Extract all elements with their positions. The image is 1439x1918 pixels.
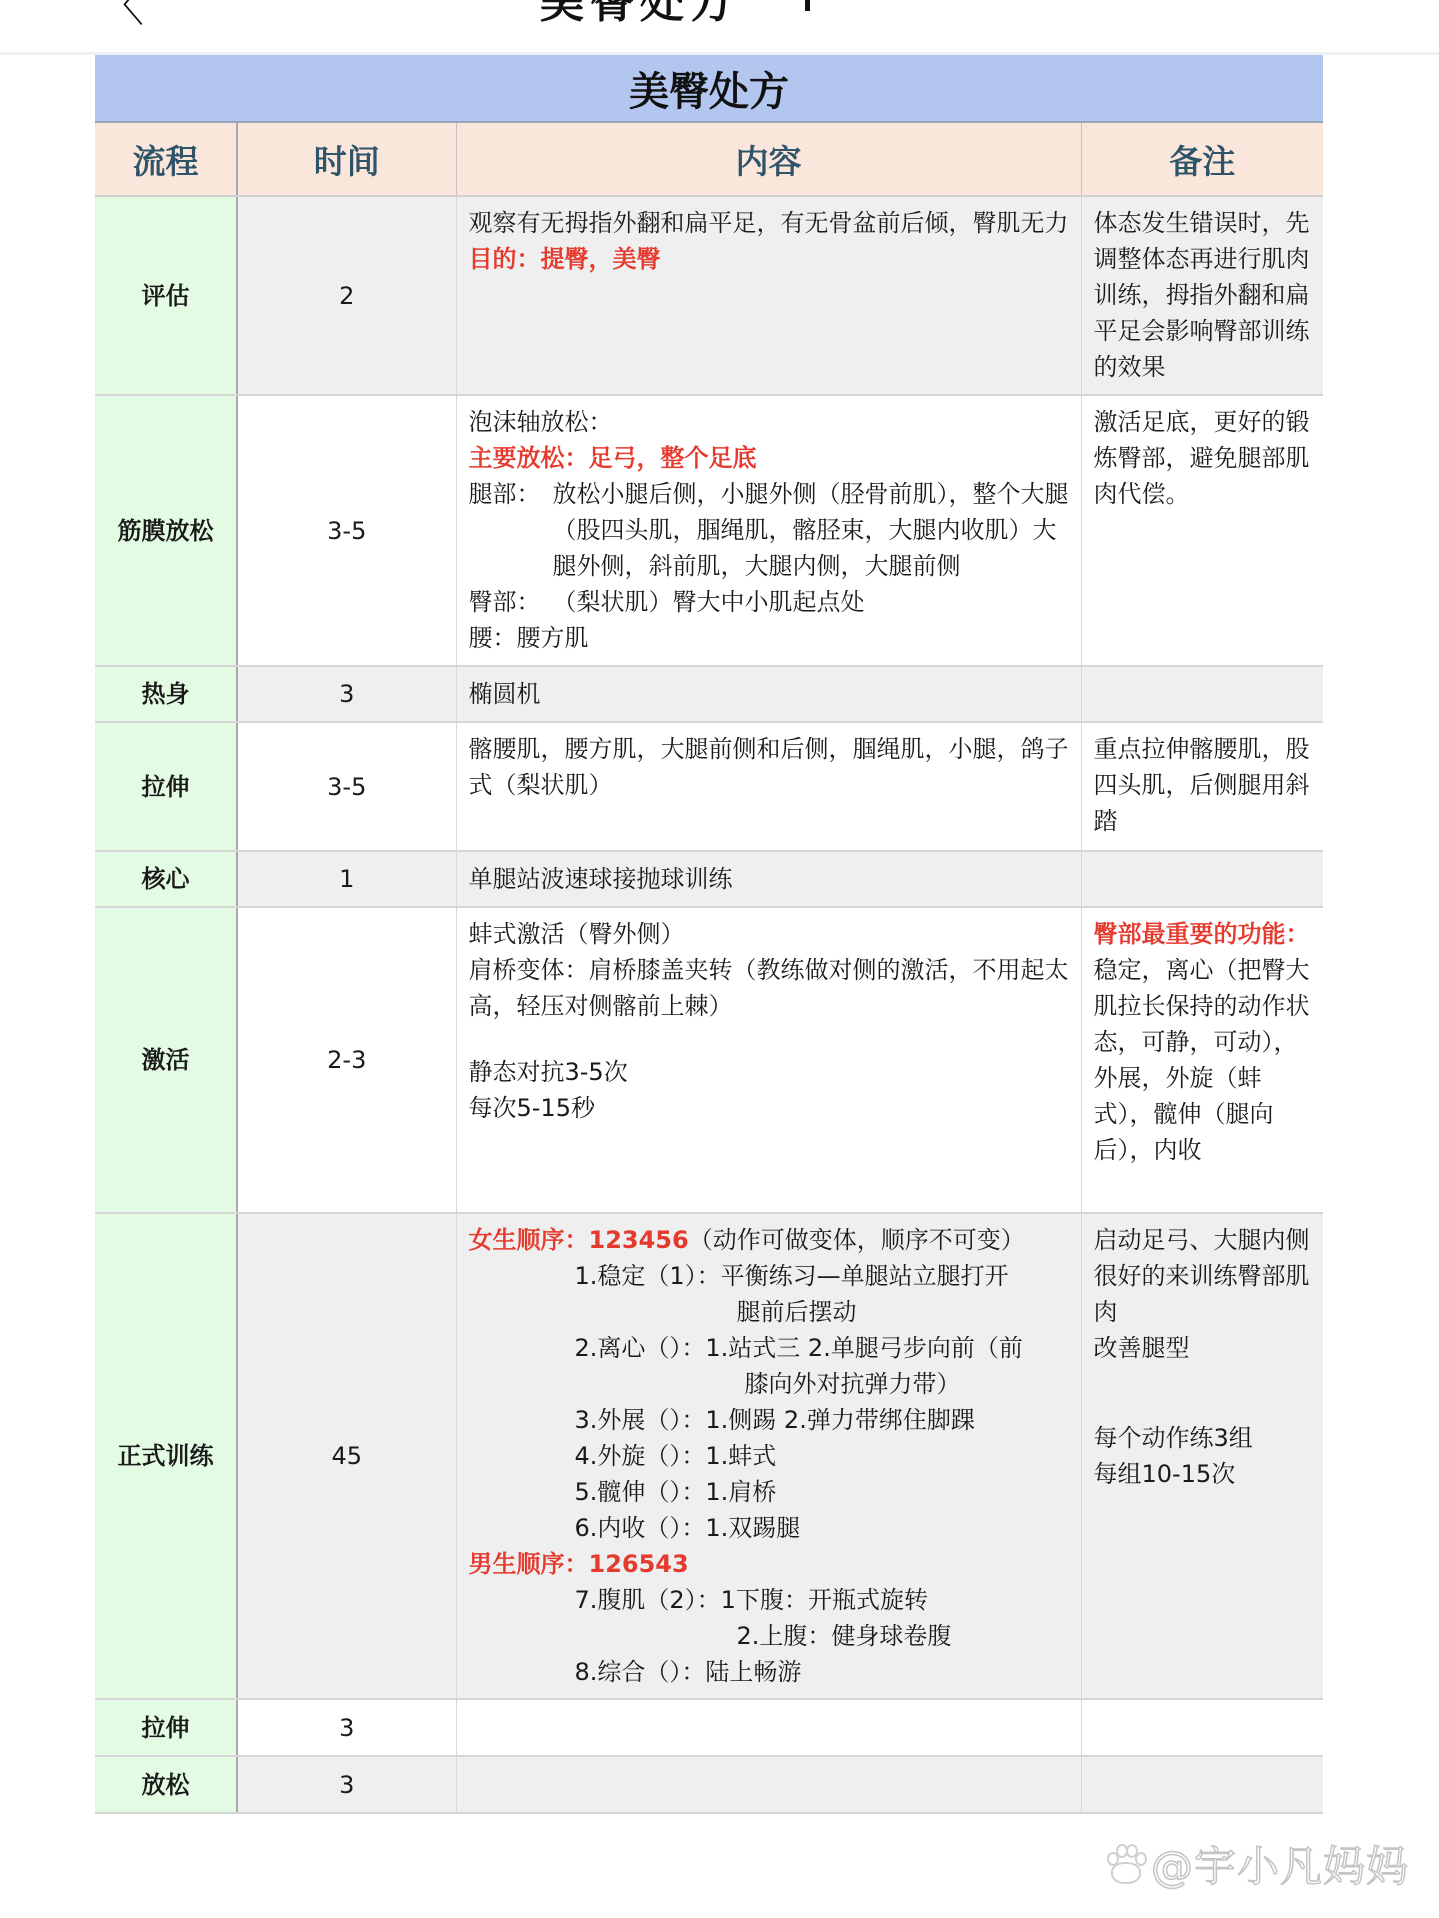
content-cell: 泡沫轴放松： 主要放松：足弓，整个足底 腿部： 放松小腿后侧，小腿外侧（胫骨前肌…: [456, 395, 1081, 666]
exercise-body: 陆上畅游: [705, 1658, 801, 1686]
note-cell: [1081, 851, 1323, 907]
step-cell: 拉伸: [95, 722, 237, 851]
exercise-head: 1.稳定（1）：: [575, 1262, 721, 1290]
watermark-text: @宇小凡妈妈: [1151, 1834, 1409, 1894]
exercise-item: 1.稳定（1）：平衡练习—单腿站立腿打开: [469, 1258, 1069, 1294]
exercise-head: 6.内收（）：: [575, 1514, 706, 1542]
exercise-body: 1.双踢腿: [705, 1514, 800, 1542]
exercise-item: 6.内收（）：1.双踢腿: [469, 1510, 1069, 1546]
waist-item: 腰：腰方肌: [469, 620, 1069, 656]
main-release-text: 主要放松：足弓，整个足底: [469, 440, 1069, 476]
header-step: 流程: [95, 123, 237, 196]
time-cell: 45: [237, 1213, 456, 1699]
note-cell: 重点拉伸髂腰肌，股四头肌，后侧腿用斜踏: [1081, 722, 1323, 851]
exercise-head: 7.腹肌（2）：: [575, 1586, 721, 1614]
exercise-item: 3.外展（）：1.侧踢 2.弹力带绑住脚踝: [469, 1402, 1069, 1438]
legs-label: 腿部：: [469, 476, 553, 584]
table-row-relax: 放松 3: [95, 1756, 1323, 1813]
exercise-body: 1下腹：开瓶式旋转: [721, 1586, 928, 1614]
note-line: 每个动作练3组: [1094, 1420, 1312, 1456]
exercise-item: 2.离心（）：1.站式三 2.单腿弓步向前（前: [469, 1330, 1069, 1366]
step-cell: 正式训练: [95, 1213, 237, 1699]
note-cell: 臀部最重要的功能：稳定，离心（把臀大肌拉长保持的动作状态，可静，可动），外展，外…: [1081, 907, 1323, 1213]
table-row-stretch-end: 拉伸 3: [95, 1699, 1323, 1756]
note-line: 很好的来训练臀部肌肉: [1094, 1258, 1312, 1330]
time-cell: 3-5: [237, 722, 456, 851]
note-cell: 体态发生错误时，先调整体态再进行肌肉训练，拇指外翻和扁平足会影响臀部训练的效果: [1081, 196, 1323, 395]
time-cell: 2: [237, 196, 456, 395]
female-order-label: 女生顺序：: [469, 1226, 589, 1254]
time-cell: 3: [237, 1699, 456, 1756]
exercise-item: 7.腹肌（2）：1下腹：开瓶式旋转: [469, 1582, 1069, 1618]
goal-text: 目的：提臀，美臀: [469, 241, 1069, 277]
female-order: 女生顺序：123456（动作可做变体，顺序不可变）: [469, 1222, 1069, 1258]
exercise-body: 1.站式三 2.单腿弓步向前（前: [705, 1334, 1022, 1362]
header-content: 内容: [456, 123, 1081, 196]
note-emphasis: 臀部最重要的功能：: [1094, 920, 1310, 948]
exercise-head: 8.综合（）：: [575, 1658, 706, 1686]
step-cell: 评估: [95, 196, 237, 395]
exercise-head: 4.外旋（）：: [575, 1442, 706, 1470]
header-time: 时间: [237, 123, 456, 196]
note-cell: [1081, 666, 1323, 722]
table-row-assessment: 评估 2 观察有无拇指外翻和扁平足，有无骨盆前后倾，臀肌无力 目的：提臀，美臀 …: [95, 196, 1323, 395]
glute-text: （梨状肌）臀大中小肌起点处: [553, 584, 1069, 620]
exercise-body: 平衡练习—单腿站立腿打开: [721, 1262, 1009, 1290]
waist-label: 腰：: [469, 624, 517, 652]
spacer: [1094, 1366, 1312, 1420]
content-line: 蚌式激活（臀外侧）: [469, 916, 1069, 952]
exercise-head: 3.外展（）：: [575, 1406, 706, 1434]
female-order-note: （动作可做变体，顺序不可变）: [689, 1226, 1025, 1254]
exercise-body: 1.蚌式: [705, 1442, 776, 1470]
exercise-body: 1.侧踢 2.弹力带绑住脚踝: [705, 1406, 974, 1434]
table-row-activation: 激活 2-3 蚌式激活（臀外侧） 肩桥变体：肩桥膝盖夹转（教练做对侧的激活，不用…: [95, 907, 1323, 1213]
male-order: 男生顺序：126543: [469, 1546, 1069, 1582]
content-cell: 观察有无拇指外翻和扁平足，有无骨盆前后倾，臀肌无力 目的：提臀，美臀: [456, 196, 1081, 395]
content-cell: 蚌式激活（臀外侧） 肩桥变体：肩桥膝盖夹转（教练做对侧的激活，不用起太高，轻压对…: [456, 907, 1081, 1213]
note-text: 稳定，离心（把臀大肌拉长保持的动作状态，可静，可动），外展，外旋（蚌式），髋伸（…: [1094, 956, 1310, 1164]
step-cell: 筋膜放松: [95, 395, 237, 666]
exercise-head: 2.离心（）：: [575, 1334, 706, 1362]
table-row-fascia-release: 筋膜放松 3-5 泡沫轴放松： 主要放松：足弓，整个足底 腿部： 放松小腿后侧，…: [95, 395, 1323, 666]
content-cell: 椭圆机: [456, 666, 1081, 722]
top-nav-bar: 〈 美臀处方: [0, 0, 1439, 52]
time-cell: 3-5: [237, 395, 456, 666]
baidu-paw-icon: [1105, 1844, 1145, 1884]
content-cell: 髂腰肌，腰方肌，大腿前侧和后侧，腘绳肌，小腿，鸽子式（梨状肌）: [456, 722, 1081, 851]
content-line: 肩桥变体：肩桥膝盖夹转（教练做对侧的激活，不用起太高，轻压对侧髂前上棘）: [469, 952, 1069, 1024]
nav-title-partial: 美臀处方: [540, 0, 740, 30]
exercise-cont: 2.上腹：健身球卷腹: [469, 1618, 1069, 1654]
content-cell: 女生顺序：123456（动作可做变体，顺序不可变） 1.稳定（1）：平衡练习—单…: [456, 1213, 1081, 1699]
table-row-core: 核心 1 单腿站波速球接抛球训练: [95, 851, 1323, 907]
male-order-label: 男生顺序：: [469, 1550, 589, 1578]
time-cell: 1: [237, 851, 456, 907]
legs-item: 腿部： 放松小腿后侧，小腿外侧（胫骨前肌），整个大腿（股四头肌，腘绳肌，髂胫束，…: [469, 476, 1069, 584]
table-row-stretch: 拉伸 3-5 髂腰肌，腰方肌，大腿前侧和后侧，腘绳肌，小腿，鸽子式（梨状肌） 重…: [95, 722, 1323, 851]
header-row: 流程 时间 内容 备注: [95, 123, 1323, 196]
time-cell: 3: [237, 666, 456, 722]
back-arrow-icon[interactable]: 〈: [100, 0, 144, 34]
table-row-warmup: 热身 3 椭圆机: [95, 666, 1323, 722]
time-cell: 2-3: [237, 907, 456, 1213]
male-order-value: 126543: [589, 1550, 689, 1578]
text-cursor: [805, 0, 810, 11]
spacer: [469, 1024, 1069, 1054]
exercise-item: 5.髋伸（）：1.肩桥: [469, 1474, 1069, 1510]
note-cell: 启动足弓、大腿内侧 很好的来训练臀部肌肉 改善腿型 每个动作练3组 每组10-1…: [1081, 1213, 1323, 1699]
note-line: 每组10-15次: [1094, 1456, 1312, 1492]
content-cell: 单腿站波速球接抛球训练: [456, 851, 1081, 907]
exercise-cont: 腿前后摆动: [469, 1294, 1069, 1330]
prescription-sheet: 美臀处方 流程 时间 内容 备注 评估 2 观察有无拇指外翻和扁平足，有无骨盆前…: [95, 55, 1323, 1814]
note-cell: [1081, 1756, 1323, 1813]
content-cell: [456, 1756, 1081, 1813]
female-order-value: 123456: [589, 1226, 689, 1254]
step-cell: 拉伸: [95, 1699, 237, 1756]
content-text: 观察有无拇指外翻和扁平足，有无骨盆前后倾，臀肌无力: [469, 205, 1069, 241]
exercise-item: 8.综合（）：陆上畅游: [469, 1654, 1069, 1690]
legs-text: 放松小腿后侧，小腿外侧（胫骨前肌），整个大腿（股四头肌，腘绳肌，髂胫束，大腿内收…: [553, 476, 1069, 584]
content-intro: 泡沫轴放松：: [469, 404, 1069, 440]
prescription-table: 流程 时间 内容 备注 评估 2 观察有无拇指外翻和扁平足，有无骨盆前后倾，臀肌…: [95, 123, 1323, 1814]
waist-text: 腰方肌: [517, 624, 589, 652]
exercise-head: 5.髋伸（）：: [575, 1478, 706, 1506]
content-line: 静态对抗3-5次: [469, 1054, 1069, 1090]
glute-item: 臀部： （梨状肌）臀大中小肌起点处: [469, 584, 1069, 620]
note-cell: 激活足底，更好的锻炼臀部，避免腿部肌肉代偿。: [1081, 395, 1323, 666]
header-note: 备注: [1081, 123, 1323, 196]
sheet-title: 美臀处方: [95, 55, 1323, 123]
exercise-cont: 膝向外对抗弹力带）: [469, 1366, 1069, 1402]
content-cell: [456, 1699, 1081, 1756]
content-line: 每次5-15秒: [469, 1090, 1069, 1126]
exercise-body: 1.肩桥: [705, 1478, 776, 1506]
note-line: 启动足弓、大腿内侧: [1094, 1222, 1312, 1258]
exercise-item: 4.外旋（）：1.蚌式: [469, 1438, 1069, 1474]
watermark: @宇小凡妈妈: [1105, 1840, 1409, 1888]
step-cell: 热身: [95, 666, 237, 722]
note-line: 改善腿型: [1094, 1330, 1312, 1366]
table-row-main-training: 正式训练 45 女生顺序：123456（动作可做变体，顺序不可变） 1.稳定（1…: [95, 1213, 1323, 1699]
note-cell: [1081, 1699, 1323, 1756]
glute-label: 臀部：: [469, 584, 553, 620]
step-cell: 核心: [95, 851, 237, 907]
time-cell: 3: [237, 1756, 456, 1813]
step-cell: 激活: [95, 907, 237, 1213]
step-cell: 放松: [95, 1756, 237, 1813]
